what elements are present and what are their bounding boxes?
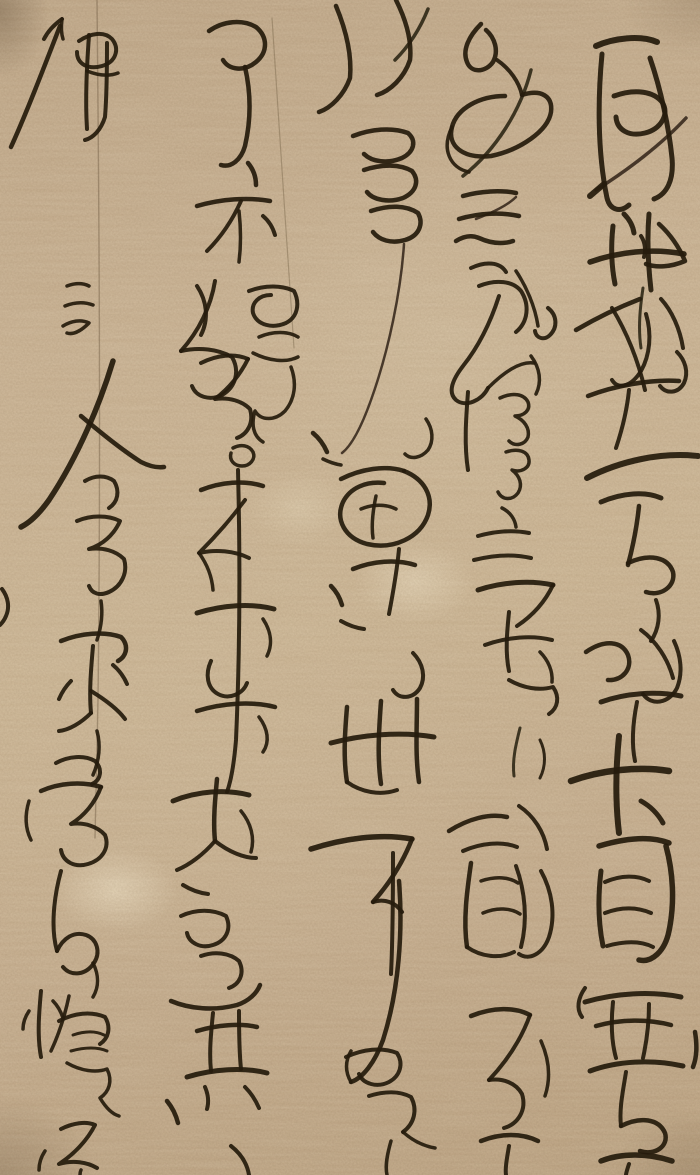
manuscript-scan: chinese-cursive-caoshu <box>0 0 700 1175</box>
brush-stroke <box>80 1170 81 1175</box>
brush-stroke <box>616 736 619 833</box>
brush-stroke <box>239 1011 241 1069</box>
calligraphy-svg <box>0 0 700 1175</box>
brush-stroke <box>61 19 63 39</box>
brush-stroke <box>648 214 651 290</box>
brush-stroke <box>239 211 241 262</box>
brush-stroke <box>214 779 217 841</box>
brush-stroke <box>417 699 420 782</box>
brush-stroke <box>391 853 393 974</box>
brush-stroke <box>39 991 41 1057</box>
brush-stroke <box>466 392 468 470</box>
brush-stroke <box>507 612 509 671</box>
brush-stroke <box>345 707 347 782</box>
brush-stroke <box>379 701 381 784</box>
